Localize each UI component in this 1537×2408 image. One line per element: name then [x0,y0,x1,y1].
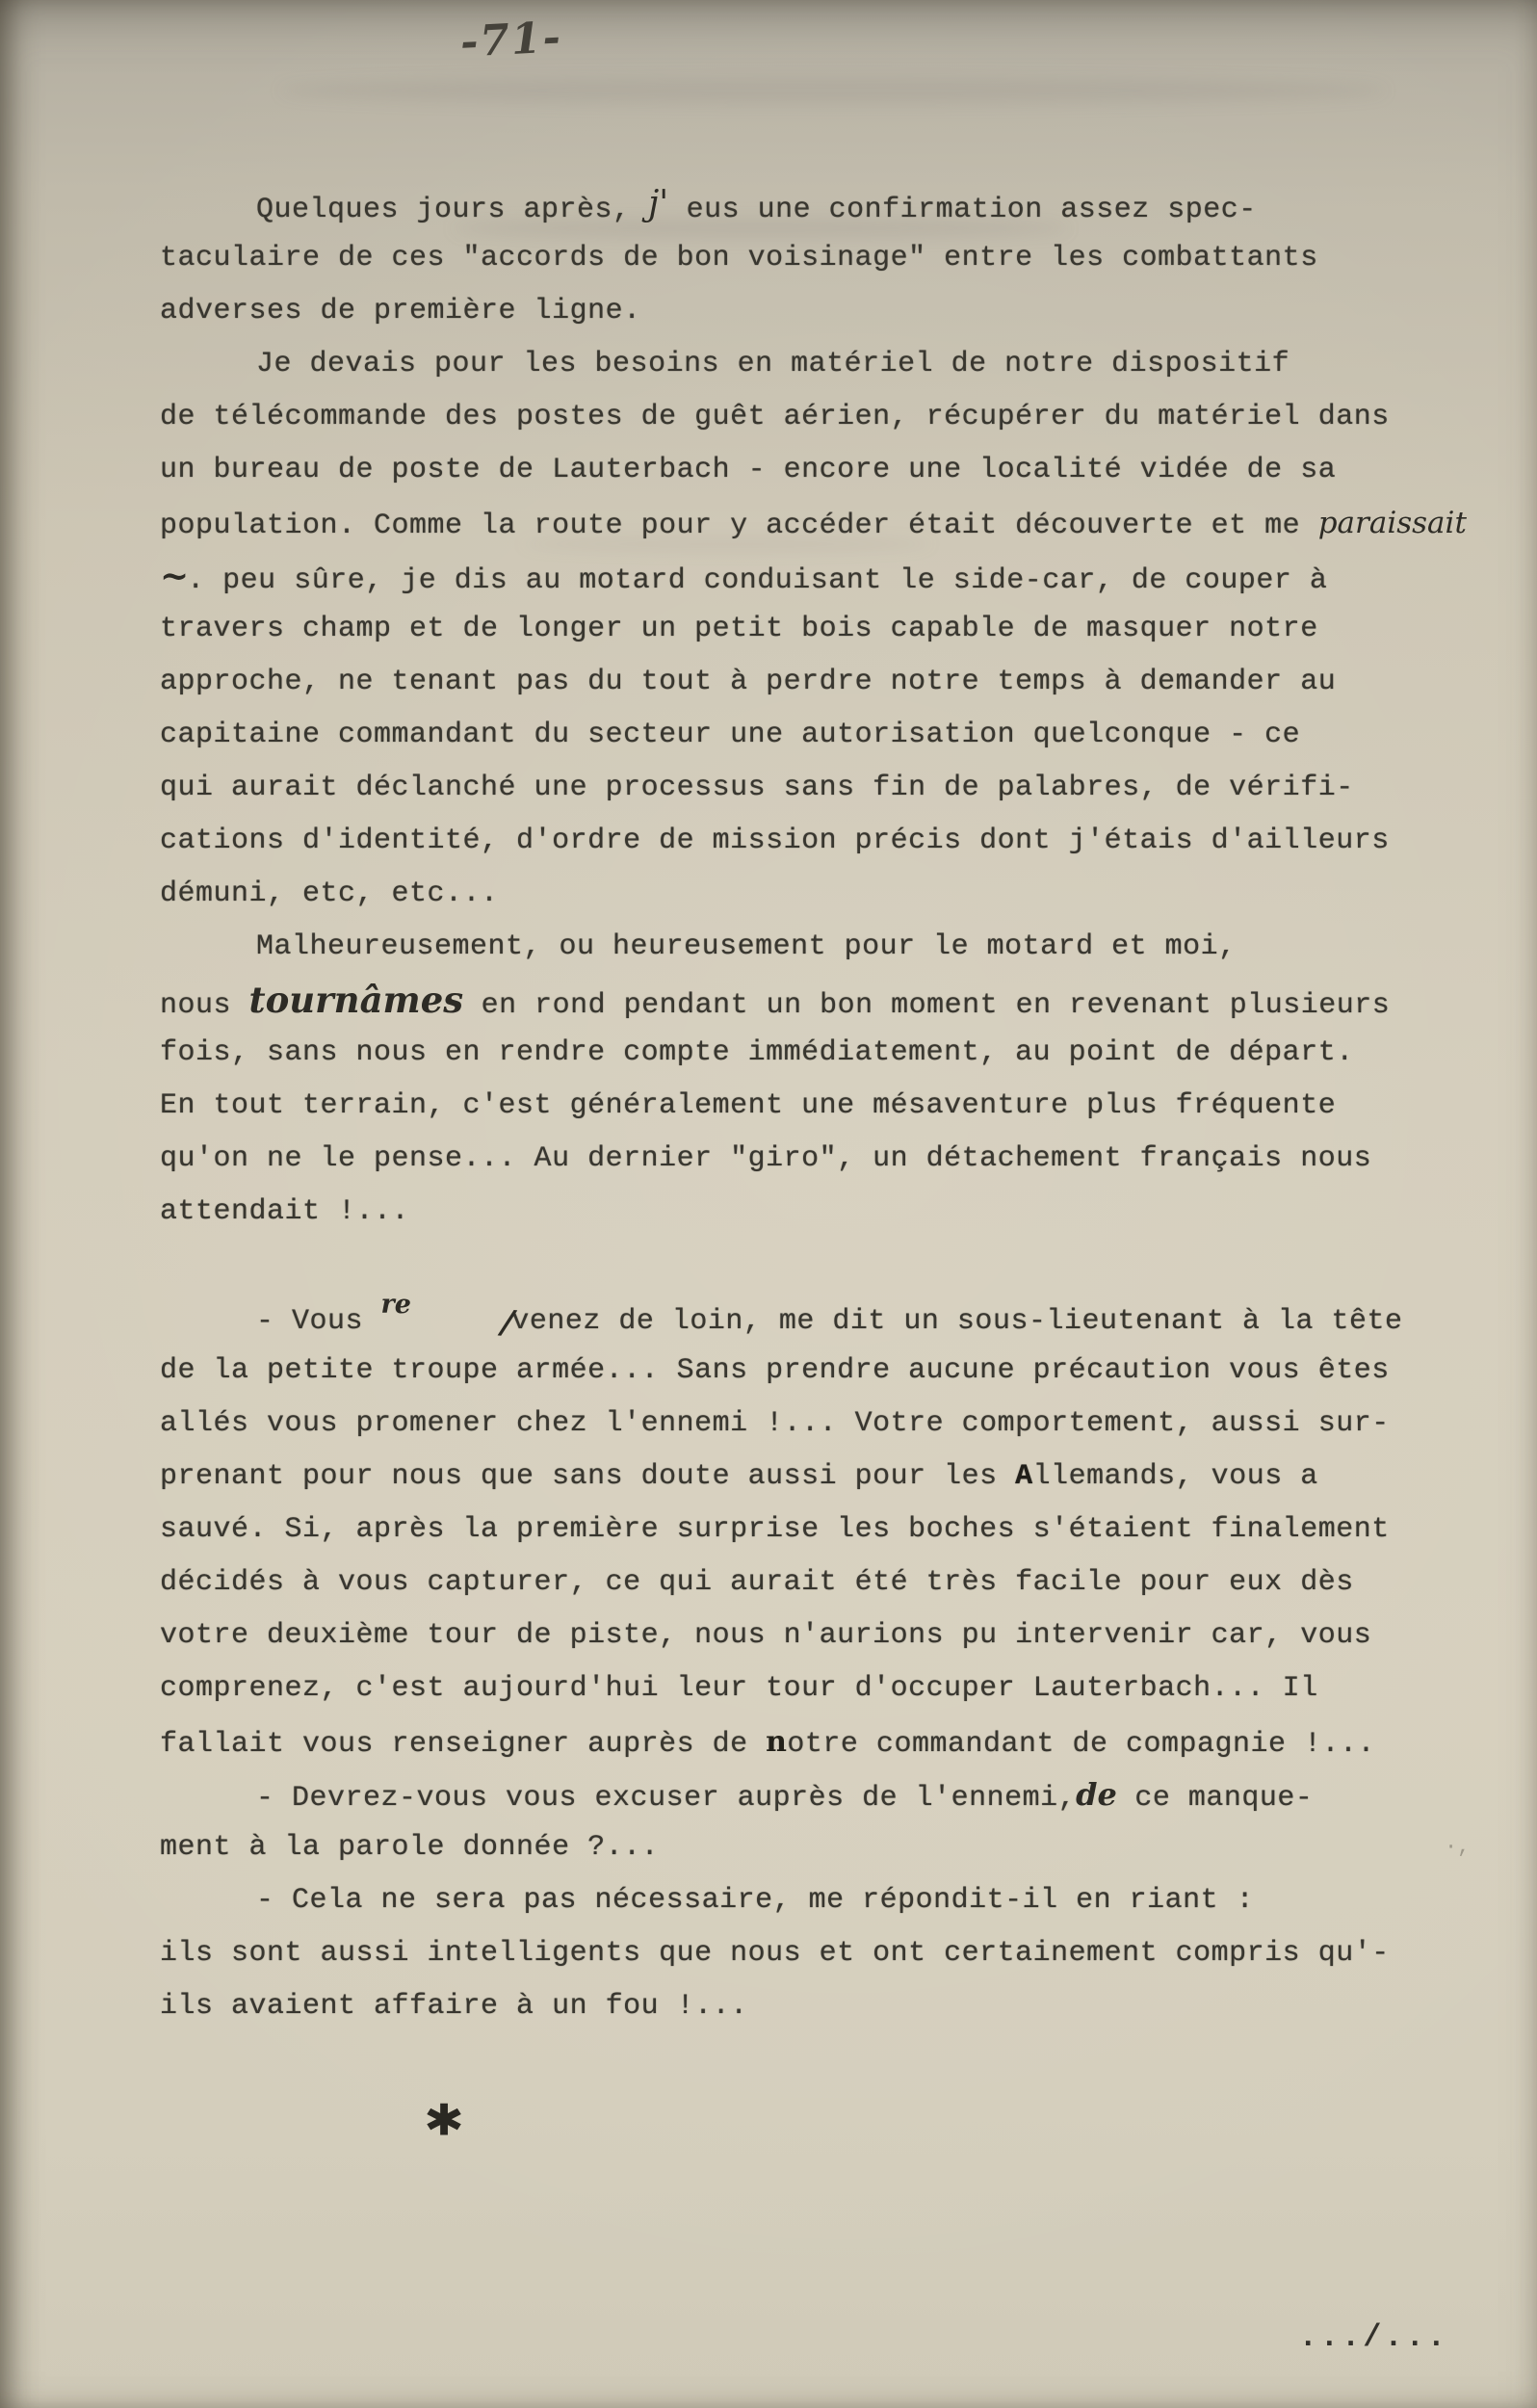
typed-text: Je devais pour les besoins en matériel d… [256,348,1290,380]
typed-text: votre deuxième tour de piste, nous n'aur… [160,1619,1371,1652]
text-line: ~. peu sûre, je dis au motard conduisant… [160,550,1441,603]
typed-text: population. Comme la route pour y accéde… [160,510,1318,542]
typed-text: attendait !... [160,1195,409,1228]
text-line: votre deuxième tour de piste, nous n'aur… [160,1610,1441,1662]
text-line: travers champ et de longer un petit bois… [160,603,1441,656]
text-line: capitaine commandant du secteur une auto… [160,709,1441,762]
handwritten-annotation: paraissait [1318,506,1467,540]
text-line: nous tournâmes en rond pendant un bon mo… [160,974,1441,1027]
handwritten-annotation: / [403,1286,516,1349]
typed-text: Quelques jours après, [256,194,648,226]
typed-text: prenant pour nous que sans doute aussi p… [160,1460,1015,1493]
text-line: qui aurait déclanché une processus sans … [160,762,1441,815]
text-line: taculaire de ces "accords de bon voisina… [160,232,1441,285]
typed-text: nous [160,989,249,1022]
typed-text: décidés à vous capturer, ce qui aurait é… [160,1566,1354,1599]
text-line: fallait vous renseigner auprès de notre … [160,1715,1441,1768]
typed-text: de la petite troupe armée... Sans prendr… [160,1354,1390,1387]
text-line: Malheureusement, ou heureusement pour le… [160,921,1441,974]
continuation-mark: .../... [1299,2319,1448,2355]
text-line: Quelques jours après, j' eus une confirm… [160,179,1441,232]
text-line: démuni, etc, etc... [160,868,1441,921]
typed-text: ment à la parole donnée ?... [160,1831,659,1864]
text-line: décidés à vous capturer, ce qui aurait é… [160,1557,1441,1610]
text-line: fois, sans nous en rendre compte immédia… [160,1027,1441,1080]
typed-text: ce manque- [1117,1782,1314,1815]
overtyped-correction: n [766,1725,787,1759]
text-line: ment à la parole donnée ?... [160,1821,1441,1874]
text-line: ils sont aussi intelligents que nous et … [160,1927,1441,1980]
typed-text: taculaire de ces "accords de bon voisina… [160,242,1318,275]
text-line: - Devrez-vous vous excuser auprès de l'e… [160,1768,1441,1821]
typed-text: fallait vous renseigner auprès de [160,1728,766,1761]
text-line: un bureau de poste de Lauterbach - encor… [160,444,1441,497]
bleed-through-smudge [279,77,1387,104]
text-line: allés vous promener chez l'ennemi !... V… [160,1398,1441,1451]
typed-text: ils sont aussi intelligents que nous et … [160,1937,1390,1970]
text-line: de la petite troupe armée... Sans prendr… [160,1345,1441,1398]
typed-text: qu'on ne le pense... Au dernier "giro", … [160,1142,1371,1175]
typed-text: ils avaient affaire à un fou !... [160,1990,748,2023]
text-line: cations d'identité, d'ordre de mission p… [160,815,1441,868]
typed-text: de télécommande des postes de guêt aérie… [160,401,1390,433]
scanned-page: -71- Quelques jours après, j' eus une co… [0,0,1537,2408]
handwritten-annotation: de [1076,1776,1117,1813]
typed-text: En tout terrain, c'est généralement une … [160,1089,1336,1122]
typed-text: venez de loin, me dit un sous-lieutenant… [511,1305,1402,1338]
typed-text: otre commandant de compagnie !... [787,1728,1375,1761]
text-line: En tout terrain, c'est généralement une … [160,1080,1441,1133]
text-line: approche, ne tenant pas du tout à perdre… [160,656,1441,709]
handwritten-annotation: ~ [160,556,187,596]
text-line: ils avaient affaire à un fou !... [160,1980,1441,2033]
text-line: qu'on ne le pense... Au dernier "giro", … [160,1133,1441,1186]
typed-text: un bureau de poste de Lauterbach - encor… [160,454,1336,486]
handwritten-annotation: j' [648,184,668,223]
typewritten-text-block: Quelques jours après, j' eus une confirm… [160,179,1441,2033]
typed-text: en rond pendant un bon moment en revenan… [463,989,1390,1022]
typed-text: qui aurait déclanché une processus sans … [160,772,1354,804]
typed-text: - Devrez-vous vous excuser auprès de l'e… [256,1782,1076,1815]
text-line: comprenez, c'est aujourd'hui leur tour d… [160,1662,1441,1715]
typed-text: llemands, vous a [1033,1460,1318,1493]
typed-text: démuni, etc, etc... [160,877,499,910]
text-line: adverses de première ligne. [160,285,1441,338]
page-number: -71- [459,13,563,66]
text-line: - Vous re/venez de loin, me dit un sous-… [160,1292,1441,1345]
text-line: Je devais pour les besoins en matériel d… [160,338,1441,391]
text-line: de télécommande des postes de guêt aérie… [160,391,1441,444]
text-line: attendait !... [160,1186,1441,1239]
text-line: sauvé. Si, après la première surprise le… [160,1504,1441,1557]
typed-text: allés vous promener chez l'ennemi !... V… [160,1407,1390,1440]
typed-text: fois, sans nous en rendre compte immédia… [160,1036,1354,1069]
text-line: population. Comme la route pour y accéde… [160,497,1441,550]
typed-text: approche, ne tenant pas du tout à perdre… [160,666,1336,698]
typed-text: - Cela ne sera pas nécessaire, me répond… [256,1884,1254,1917]
overtyped-correction: A [1015,1460,1033,1493]
typed-text: cations d'identité, d'ordre de mission p… [160,824,1390,857]
typed-text: eus une confirmation assez spec- [668,194,1257,226]
typed-text: sauvé. Si, après la première surprise le… [160,1513,1390,1546]
text-line: prenant pour nous que sans doute aussi p… [160,1451,1441,1504]
handwritten-annotation: tournâmes [249,979,464,1021]
typed-text: capitaine commandant du secteur une auto… [160,719,1300,751]
section-separator-star: ✱ [424,2095,464,2145]
typed-text: adverses de première ligne. [160,295,641,327]
typed-text: Malheureusement, ou heureusement pour le… [256,930,1237,963]
typed-text: - Vous [256,1305,381,1338]
typed-text: comprenez, c'est aujourd'hui leur tour d… [160,1672,1318,1705]
typed-text: . peu sûre, je dis au motard conduisant … [187,564,1327,597]
typed-text: travers champ et de longer un petit bois… [160,613,1318,645]
margin-stray-mark: ·, [1445,1835,1470,1859]
text-line: - Cela ne sera pas nécessaire, me répond… [160,1874,1441,1927]
